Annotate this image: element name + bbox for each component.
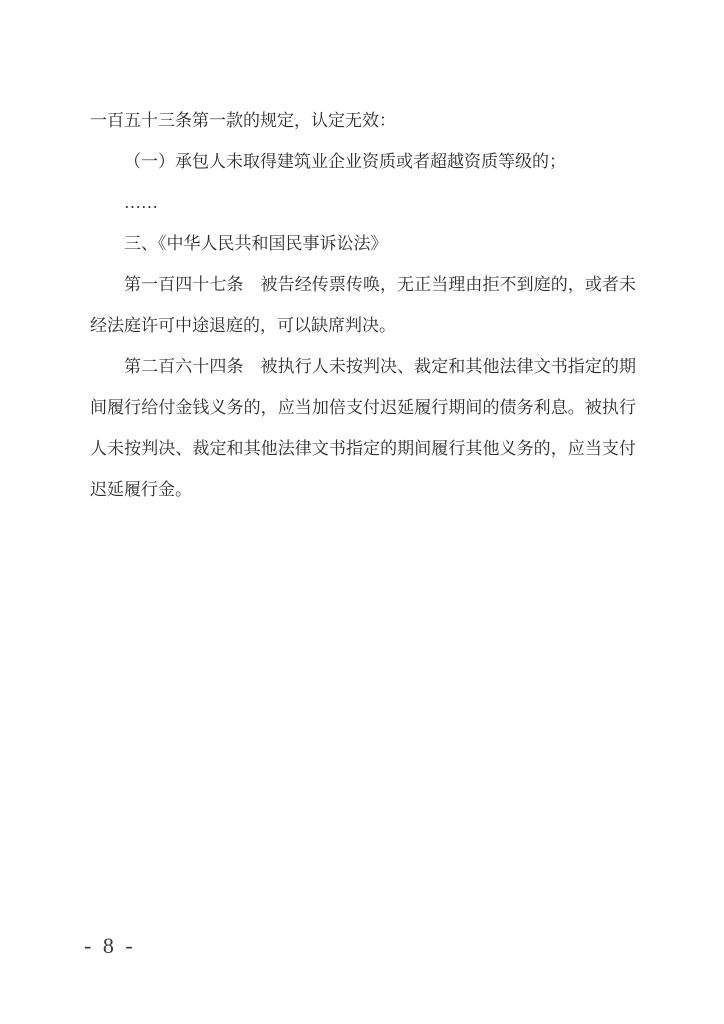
continuation-line: 一百五十三条第一款的规定，认定无效： bbox=[90, 100, 636, 141]
section-heading-civil-procedure-law: 三、《中华人民共和国民事诉讼法》 bbox=[90, 223, 636, 264]
article-264-paragraph: 第二百六十四条 被执行人未按判决、裁定和其他法律文书指定的期间履行给付金钱义务的… bbox=[90, 346, 636, 510]
list-item-one: （一）承包人未取得建筑业企业资质或者超越资质等级的； bbox=[90, 141, 636, 182]
document-body: 一百五十三条第一款的规定，认定无效： （一）承包人未取得建筑业企业资质或者超越资… bbox=[90, 100, 636, 510]
ellipsis-line: …… bbox=[90, 182, 636, 223]
article-147-paragraph: 第一百四十七条 被告经传票传唤，无正当理由拒不到庭的，或者未经法庭许可中途退庭的… bbox=[90, 264, 636, 346]
document-page: 一百五十三条第一款的规定，认定无效： （一）承包人未取得建筑业企业资质或者超越资… bbox=[0, 0, 724, 1024]
page-number: - 8 - bbox=[84, 933, 136, 959]
